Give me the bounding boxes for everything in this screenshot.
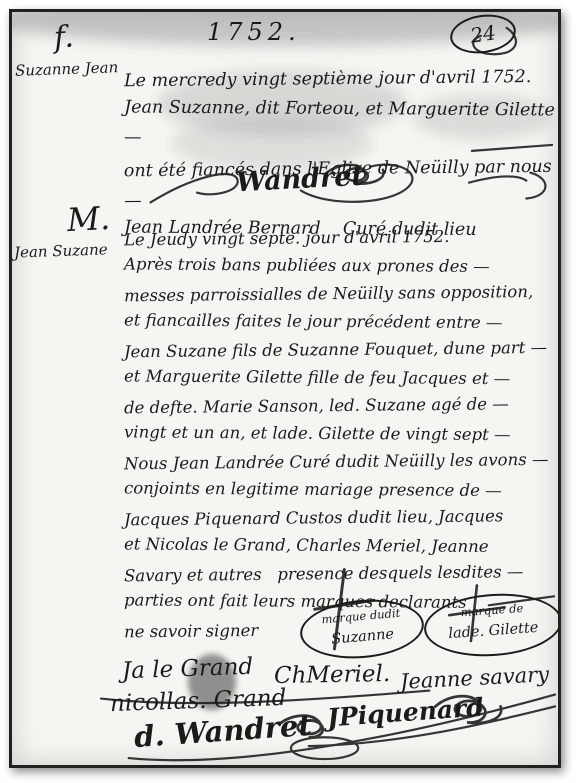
entry-line: Le mercredy vingt septième jour d'avril … <box>124 62 558 97</box>
entry-line: Après trois bans publiées aux prones des… <box>124 250 558 281</box>
signature-legrand: Ja le Grand <box>122 654 254 685</box>
entry-line: et Marguerite Gilette fille de feu Jacqu… <box>124 362 558 393</box>
entry-line: messes parroissialles de Neüilly sans op… <box>124 278 558 311</box>
entry-line: et Nicolas le Grand, Charles Meriel, Jea… <box>124 530 558 561</box>
document-scan: 1752. 24 f. Suzanne Jean M. Jean Suzane … <box>0 0 576 783</box>
signature-meriel: ChMeriel. <box>274 661 391 689</box>
signature-savary: Jeanne savary <box>399 662 549 694</box>
signature-piquenard: JPiquenard <box>326 693 484 733</box>
page-number-circle: 24 <box>448 12 519 57</box>
register-page: 1752. 24 f. Suzanne Jean M. Jean Suzane … <box>12 12 558 765</box>
scan-frame: 1752. 24 f. Suzanne Jean M. Jean Suzane … <box>9 9 561 768</box>
marriage-entry: Le Jeudy vingt septe. jour d'avril 1752.… <box>124 224 558 644</box>
page-number: 24 <box>469 20 498 47</box>
margin-note-jean-suzane: Jean Suzane <box>14 240 108 261</box>
entry-line: conjoints en legitime mariage presence d… <box>124 474 558 505</box>
margin-mark-mariage: M. <box>66 199 111 239</box>
entry-line: Savary et autres presence desquels lesdi… <box>124 558 558 591</box>
witness-mark-caption: lade. Gilette <box>426 618 558 643</box>
entry-line: Le Jeudy vingt septe. jour d'avril 1752. <box>124 222 558 255</box>
entry-line: Jean Suzane fils de Suzanne Fouquet, dun… <box>124 334 558 367</box>
witness-mark-caption: Suzanne <box>302 624 423 650</box>
entry-line: Jacques Piquenard Custos dudit lieu, Jac… <box>124 502 558 535</box>
year-header: 1752. <box>207 18 301 46</box>
margin-mark-fiancailles: f. <box>53 19 75 55</box>
entry-line: et fiancailles faites le jour précédent … <box>124 306 558 337</box>
betrothal-entry: Le mercredy vingt septième jour d'avril … <box>124 64 558 244</box>
entry-line: de defte. Marie Sanson, led. Suzane agé … <box>124 390 558 423</box>
entry-line: Nous Jean Landrée Curé dudit Neüilly les… <box>124 446 558 479</box>
entry-line: vingt et un an, et lade. Gilette de ving… <box>124 418 558 449</box>
entry-line: Jean Suzanne, dit Forteou, et Marguerite… <box>124 92 558 155</box>
margin-note-suzanne-jean: Suzanne Jean <box>15 58 119 80</box>
